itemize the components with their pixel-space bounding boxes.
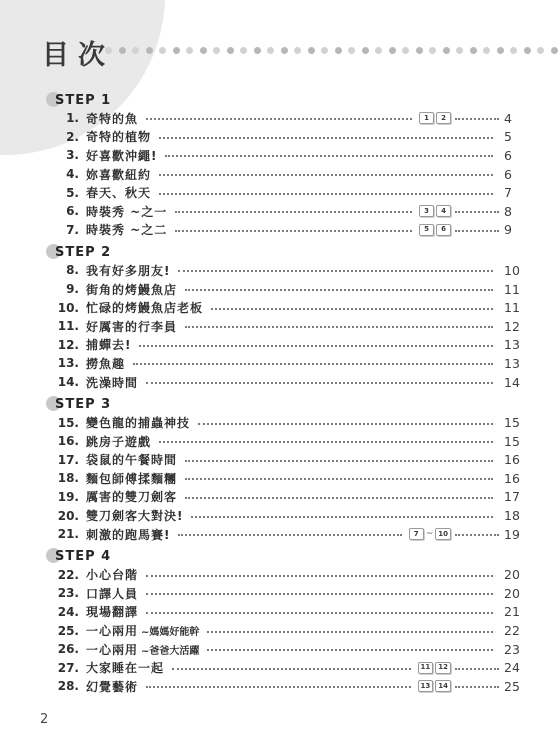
decorative-dot — [321, 47, 328, 54]
decorative-dot — [173, 47, 180, 54]
item-number: 13. — [55, 356, 79, 370]
item-title: 雙刀劍客大對決! — [86, 507, 183, 524]
dotted-leader — [159, 174, 493, 176]
footer-page-number: 2 — [40, 712, 48, 727]
item-title: 奇特的植物 — [86, 128, 151, 145]
toc-item: 13.撈魚趣13 — [55, 354, 530, 373]
decorative-dot — [281, 47, 288, 54]
decorative-dot — [254, 47, 261, 54]
decorative-dot — [240, 47, 247, 54]
item-title: 時裝秀 ~之一 — [86, 203, 167, 220]
item-title: 現場翻譯 — [86, 603, 138, 620]
item-page-number: 13 — [499, 337, 530, 352]
dotted-leader — [175, 230, 412, 232]
item-page-number: 25 — [499, 679, 530, 694]
item-number: 8. — [55, 263, 79, 277]
step-heading: STEP 2 — [55, 244, 530, 261]
picture-number-badge: 2 — [436, 112, 451, 124]
toc-item: 1.奇特的魚124 — [55, 109, 530, 128]
toc-item: 26.一心兩用~爸爸大活躍23 — [55, 640, 530, 659]
item-number: 10. — [55, 301, 79, 315]
item-number: 18. — [55, 471, 79, 485]
dotted-leader — [185, 289, 493, 291]
toc-section: STEP 28.我有好多朋友!109.街角的烤鰻魚店1110.忙碌的烤鰻魚店老板… — [55, 244, 530, 391]
item-title: 袋鼠的午餐時間 — [86, 451, 177, 468]
item-title: 奇特的魚 — [86, 110, 138, 127]
item-title: 厲害的雙刀劍客 — [86, 488, 177, 505]
dotted-leader — [207, 649, 493, 651]
picture-number-badge: 10 — [435, 528, 451, 540]
item-page-number: 11 — [499, 300, 530, 315]
item-number: 23. — [55, 586, 79, 600]
picture-number-badge: 4 — [436, 205, 451, 217]
item-page-number: 7 — [499, 185, 530, 200]
toc-item: 28.幻覺藝術131425 — [55, 677, 530, 696]
toc-section: STEP 422.小心台階2023.口譯人員2024.現場翻譯2125.一心兩用… — [55, 548, 530, 695]
dotted-leader — [191, 516, 493, 518]
toc-page: { "page": { "title": "目次", "footer_page_… — [0, 0, 560, 750]
dotted-leader-end — [455, 230, 499, 232]
decorative-dot — [362, 47, 369, 54]
decorative-dot — [308, 47, 315, 54]
decorative-dot — [483, 47, 490, 54]
toc-item: 2.奇特的植物5 — [55, 128, 530, 147]
item-number: 28. — [55, 679, 79, 693]
decorative-dot — [146, 47, 153, 54]
decorative-dot — [389, 47, 396, 54]
item-page-number: 24 — [499, 660, 530, 675]
item-title: 捕蟬去! — [86, 336, 131, 353]
item-number: 15. — [55, 416, 79, 430]
dotted-leader — [146, 382, 493, 384]
item-number: 9. — [55, 282, 79, 296]
item-page-number: 9 — [499, 222, 530, 237]
toc-item: 4.妳喜歡紐約6 — [55, 165, 530, 184]
dotted-leader — [146, 593, 493, 595]
decorative-dot — [375, 47, 382, 54]
dotted-leader — [172, 668, 410, 670]
item-page-number: 23 — [499, 642, 530, 657]
item-page-number: 15 — [499, 415, 530, 430]
item-page-number: 10 — [499, 263, 530, 278]
toc-item: 19.厲害的雙刀劍客17 — [55, 488, 530, 507]
item-number: 6. — [55, 204, 79, 218]
item-page-number: 18 — [499, 508, 530, 523]
toc-item: 16.跳房子遊戲15 — [55, 432, 530, 451]
item-number: 1. — [55, 111, 79, 125]
picture-number-badge: 5 — [419, 224, 434, 236]
item-number: 2. — [55, 130, 79, 144]
decorative-dot — [119, 47, 126, 54]
step-heading: STEP 3 — [55, 396, 530, 413]
item-page-number: 11 — [499, 282, 530, 297]
dotted-leader — [207, 631, 493, 633]
step-heading-label: STEP 3 — [55, 397, 111, 412]
item-title: 麵包師傅揉麵糰 — [86, 470, 177, 487]
decorative-dot — [443, 47, 450, 54]
step-heading-label: STEP 4 — [55, 549, 111, 564]
item-number: 25. — [55, 624, 79, 638]
item-number: 20. — [55, 509, 79, 523]
dotted-leader — [178, 270, 493, 272]
item-page-number: 5 — [499, 129, 530, 144]
dotted-leader — [185, 478, 493, 480]
toc-item: 11.好厲害的行李員12 — [55, 317, 530, 336]
toc-item: 14.洗澡時間14 — [55, 373, 530, 392]
item-number: 5. — [55, 186, 79, 200]
toc-item: 17.袋鼠的午餐時間16 — [55, 451, 530, 470]
picture-number-badge: 6 — [436, 224, 451, 236]
decorative-dot — [105, 47, 112, 54]
item-title: 一心兩用 — [86, 622, 138, 639]
dotted-leader — [165, 155, 493, 157]
badge-separator: ~ — [426, 529, 434, 539]
decorative-dot — [524, 47, 531, 54]
dotted-leader — [133, 363, 493, 365]
toc-item: 10.忙碌的烤鰻魚店老板11 — [55, 298, 530, 317]
item-title: 洗澡時間 — [86, 374, 138, 391]
decorative-dot — [132, 47, 139, 54]
item-title: 小心台階 — [86, 566, 138, 583]
toc-item: 24.現場翻譯21 — [55, 603, 530, 622]
item-page-number: 19 — [499, 527, 530, 542]
item-page-number: 12 — [499, 319, 530, 334]
dotted-leader — [175, 211, 412, 213]
item-number: 21. — [55, 527, 79, 541]
item-title: 我有好多朋友! — [86, 262, 170, 279]
item-title: 大家睡在一起 — [86, 659, 164, 676]
item-title: 撈魚趣 — [86, 355, 125, 372]
item-page-number: 20 — [499, 567, 530, 582]
decorative-dot — [294, 47, 301, 54]
toc-item: 23.口譯人員20 — [55, 584, 530, 603]
dotted-leader — [211, 308, 493, 310]
item-number: 27. — [55, 661, 79, 675]
item-number: 19. — [55, 490, 79, 504]
decorative-dot — [267, 47, 274, 54]
item-page-number: 15 — [499, 434, 530, 449]
page-title: 目次 — [42, 33, 114, 72]
decorative-dot — [200, 47, 207, 54]
dotted-leader — [146, 575, 493, 577]
item-page-number: 21 — [499, 604, 530, 619]
decorative-dot — [227, 47, 234, 54]
item-page-number: 22 — [499, 623, 530, 638]
item-title: 一心兩用 — [86, 641, 138, 658]
item-title: 妳喜歡紐約 — [86, 166, 151, 183]
toc-item: 5.春天、秋天7 — [55, 183, 530, 202]
item-title: 街角的烤鰻魚店 — [86, 281, 177, 298]
decorative-dot — [159, 47, 166, 54]
decorative-dot — [470, 47, 477, 54]
item-page-number: 16 — [499, 452, 530, 467]
decorative-dot — [402, 47, 409, 54]
item-title: 春天、秋天 — [86, 184, 151, 201]
dotted-leader — [178, 534, 401, 536]
item-page-number: 13 — [499, 356, 530, 371]
decorative-dot — [510, 47, 517, 54]
item-number: 12. — [55, 338, 79, 352]
item-number: 14. — [55, 375, 79, 389]
dotted-leader-end — [455, 118, 499, 120]
toc-item: 9.街角的烤鰻魚店11 — [55, 280, 530, 299]
toc-item: 7.時裝秀 ~之二569 — [55, 221, 530, 240]
dotted-leader — [146, 612, 493, 614]
item-page-number: 4 — [499, 111, 530, 126]
decorative-dot — [551, 47, 558, 54]
item-subtitle: ~媽媽好能幹 — [141, 623, 199, 638]
dotted-leader — [159, 441, 493, 443]
dotted-leader — [198, 423, 493, 425]
item-page-number: 6 — [499, 167, 530, 182]
toc-section: STEP 315.變色龍的捕蟲神技1516.跳房子遊戲1517.袋鼠的午餐時間1… — [55, 396, 530, 543]
dotted-leader — [185, 460, 493, 462]
picture-number-badge: 1 — [419, 112, 434, 124]
item-page-number: 16 — [499, 471, 530, 486]
item-number: 22. — [55, 568, 79, 582]
decorative-dot — [497, 47, 504, 54]
dotted-leader-end — [455, 211, 499, 213]
item-page-number: 20 — [499, 586, 530, 601]
toc-item: 21.刺激的跑馬賽!7~1019 — [55, 525, 530, 544]
item-number: 3. — [55, 148, 79, 162]
picture-number-badge: 14 — [435, 680, 451, 692]
dotted-leader — [185, 326, 493, 328]
decorative-dot — [537, 47, 544, 54]
header-dots — [105, 46, 560, 54]
item-page-number: 17 — [499, 489, 530, 504]
item-number: 4. — [55, 167, 79, 181]
dotted-leader — [159, 193, 493, 195]
table-of-contents: STEP 11.奇特的魚1242.奇特的植物53.好喜歡沖繩!64.妳喜歡紐約6… — [55, 92, 530, 696]
toc-item: 18.麵包師傅揉麵糰16 — [55, 469, 530, 488]
dotted-leader — [185, 497, 493, 499]
step-heading: STEP 1 — [55, 92, 530, 109]
item-number: 16. — [55, 434, 79, 448]
dotted-leader-end — [455, 668, 499, 670]
decorative-dot — [456, 47, 463, 54]
picture-number-badge: 13 — [418, 680, 434, 692]
item-title: 幻覺藝術 — [86, 678, 138, 695]
step-heading-label: STEP 1 — [55, 93, 111, 108]
item-title: 忙碌的烤鰻魚店老板 — [86, 299, 203, 316]
toc-section: STEP 11.奇特的魚1242.奇特的植物53.好喜歡沖繩!64.妳喜歡紐約6… — [55, 92, 530, 239]
toc-item: 15.變色龍的捕蟲神技15 — [55, 413, 530, 432]
item-page-number: 14 — [499, 375, 530, 390]
dotted-leader-end — [455, 534, 499, 536]
toc-item: 6.時裝秀 ~之一348 — [55, 202, 530, 221]
decorative-dot — [416, 47, 423, 54]
dotted-leader — [146, 118, 412, 120]
step-heading-label: STEP 2 — [55, 245, 111, 260]
picture-number-badge: 3 — [419, 205, 434, 217]
dotted-leader — [139, 345, 493, 347]
item-number: 7. — [55, 223, 79, 237]
decorative-dot — [186, 47, 193, 54]
item-title: 好厲害的行李員 — [86, 318, 177, 335]
item-title: 好喜歡沖繩! — [86, 147, 157, 164]
item-subtitle: ~爸爸大活躍 — [141, 642, 199, 657]
item-title: 刺激的跑馬賽! — [86, 526, 170, 543]
dotted-leader-end — [455, 686, 499, 688]
decorative-dot — [213, 47, 220, 54]
item-page-number: 8 — [499, 204, 530, 219]
dotted-leader — [159, 137, 493, 139]
toc-item: 27.大家睡在一起111224 — [55, 658, 530, 677]
toc-item: 3.好喜歡沖繩!6 — [55, 146, 530, 165]
item-title: 時裝秀 ~之二 — [86, 221, 167, 238]
item-title: 變色龍的捕蟲神技 — [86, 414, 190, 431]
item-number: 11. — [55, 319, 79, 333]
decorative-dot — [348, 47, 355, 54]
picture-number-badge: 11 — [418, 662, 434, 674]
item-title: 口譯人員 — [86, 585, 138, 602]
toc-item: 22.小心台階20 — [55, 565, 530, 584]
item-page-number: 6 — [499, 148, 530, 163]
step-heading: STEP 4 — [55, 548, 530, 565]
item-number: 26. — [55, 642, 79, 656]
picture-number-badge: 12 — [435, 662, 451, 674]
decorative-dot — [429, 47, 436, 54]
item-title: 跳房子遊戲 — [86, 433, 151, 450]
toc-item: 8.我有好多朋友!10 — [55, 261, 530, 280]
picture-number-badge: 7 — [409, 528, 424, 540]
item-number: 24. — [55, 605, 79, 619]
toc-item: 20.雙刀劍客大對決!18 — [55, 506, 530, 525]
item-number: 17. — [55, 453, 79, 467]
decorative-dot — [335, 47, 342, 54]
toc-item: 12.捕蟬去!13 — [55, 336, 530, 355]
dotted-leader — [146, 686, 410, 688]
toc-item: 25.一心兩用~媽媽好能幹22 — [55, 621, 530, 640]
